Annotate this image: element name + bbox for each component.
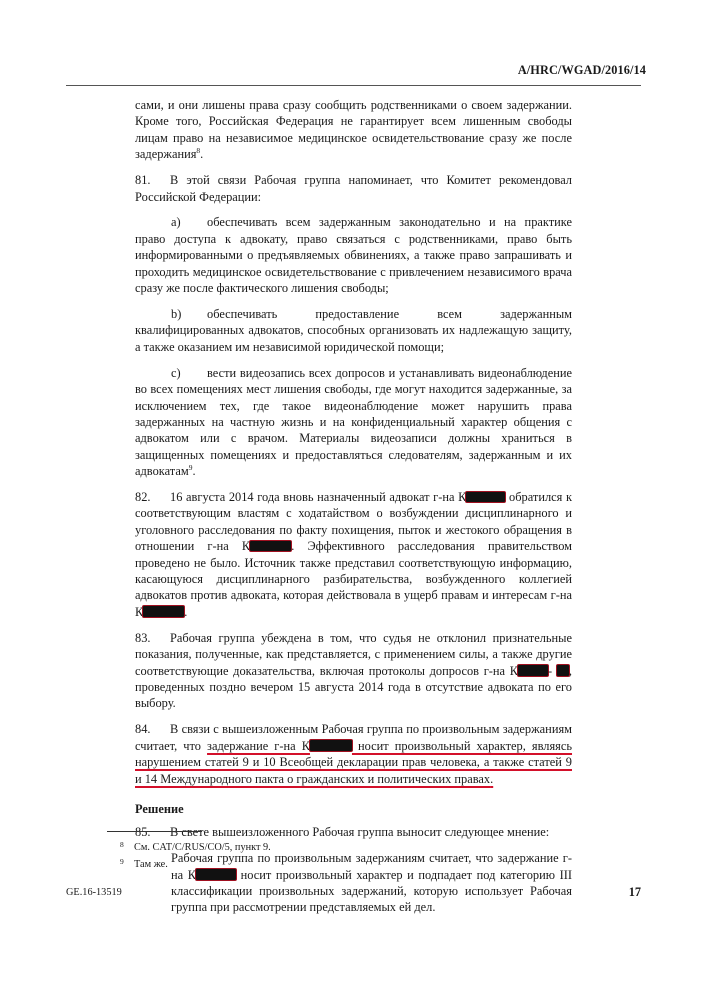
paragraph-number: 84. xyxy=(135,721,170,737)
paragraph-82: 82.16 августа 2014 года вновь назначенны… xyxy=(135,489,572,620)
paragraph-number: 83. xyxy=(135,630,170,646)
footnote-separator xyxy=(107,831,202,832)
redaction-box xyxy=(143,606,184,617)
page-number: 17 xyxy=(629,885,641,900)
redaction-box xyxy=(518,665,548,676)
paragraph-84: 84.В связи с вышеизложенным Рабочая груп… xyxy=(135,721,572,787)
footnote-8: 8См. CAT/C/RUS/CO/5, пункт 9. xyxy=(120,838,271,855)
section-heading-decision: Решение xyxy=(135,801,572,817)
paragraph-number: 82. xyxy=(135,489,170,505)
paragraph-continuation: сами, и они лишены права сразу сообщить … xyxy=(135,97,572,163)
redaction-box xyxy=(557,665,569,676)
footnote-9: 9Там же. xyxy=(120,855,271,872)
job-number: GE.16-13519 xyxy=(66,887,122,898)
redaction-box xyxy=(250,541,291,552)
paragraph-81-item-c: c)вести видеозапись всех допросов и уста… xyxy=(135,365,572,480)
paragraph-81-item-b: b)обеспечивать предоставление всем задер… xyxy=(135,306,572,355)
document-page: A/HRC/WGAD/2016/14 сами, и они лишены пр… xyxy=(0,0,707,1000)
redaction-box xyxy=(310,740,352,751)
paragraph-83: 83.Рабочая группа убеждена в том, что су… xyxy=(135,630,572,712)
document-body: сами, и они лишены права сразу сообщить … xyxy=(135,97,572,925)
footnotes: 8См. CAT/C/RUS/CO/5, пункт 9. 9Там же. xyxy=(120,838,271,871)
paragraph-81-item-a: a)обеспечивать всем задержанным законода… xyxy=(135,214,572,296)
paragraph-81: 81.В этой связи Рабочая группа напоминае… xyxy=(135,172,572,205)
document-symbol: A/HRC/WGAD/2016/14 xyxy=(518,63,646,78)
paragraph-number: 81. xyxy=(135,172,170,188)
header-rule xyxy=(66,85,641,86)
redaction-box xyxy=(466,492,505,503)
